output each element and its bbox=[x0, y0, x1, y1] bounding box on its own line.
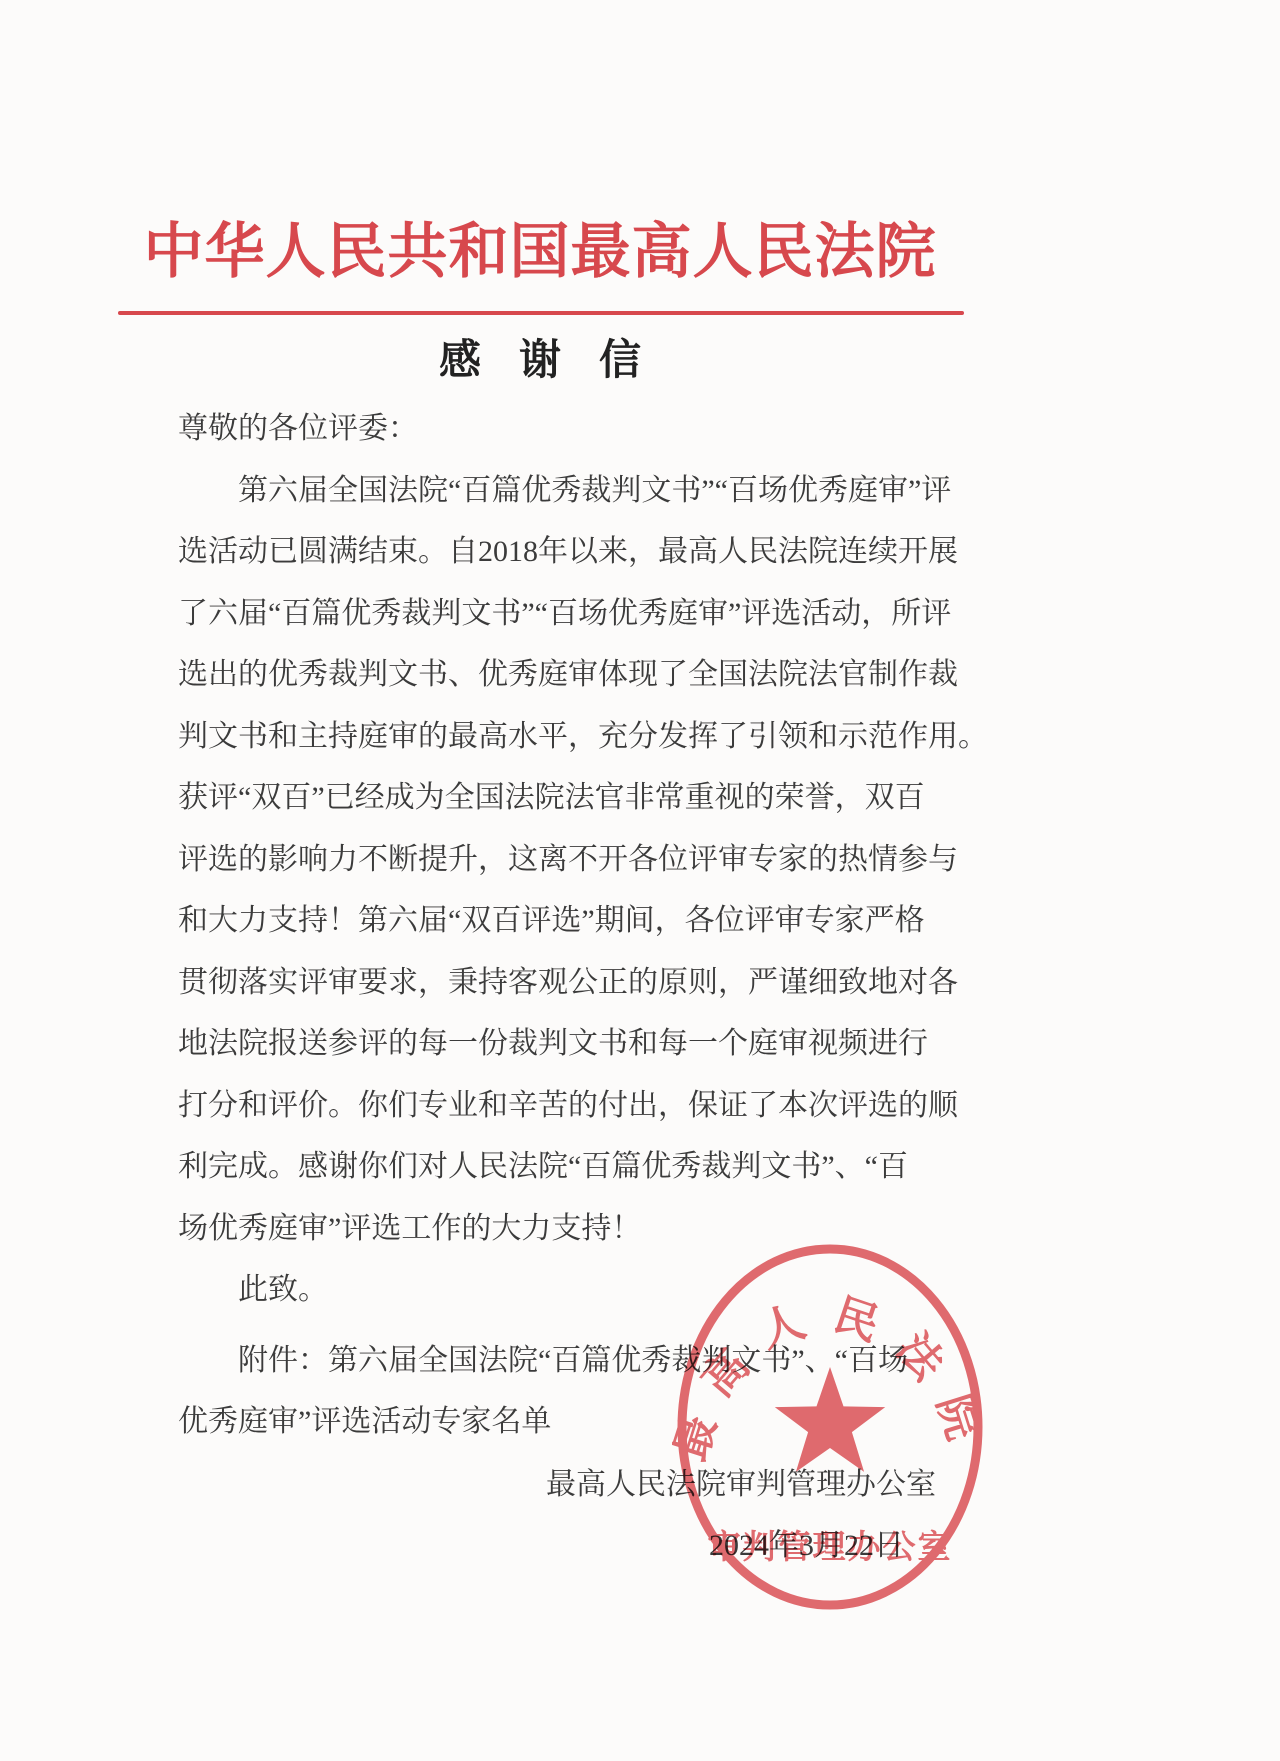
body-line: 贯彻落实评审要求，秉持客观公正的原则，严谨细致地对各 bbox=[178, 952, 948, 1014]
body-line: 场优秀庭审”评选工作的大力支持！ bbox=[178, 1198, 948, 1260]
body-line: 了六届“百篇优秀裁判文书”“百场优秀庭审”评选活动，所评 bbox=[178, 583, 948, 645]
body-line: 和大力支持！第六届“双百评选”期间，各位评审专家严格 bbox=[178, 890, 948, 952]
date-line: 2024年3月22日 bbox=[178, 1515, 948, 1577]
document-title: 感谢信 bbox=[118, 327, 962, 387]
signature-line: 最高人民法院审判管理办公室 bbox=[178, 1454, 948, 1516]
body-line: 选活动已圆满结束。自2018年以来，最高人民法院连续开展 bbox=[178, 521, 948, 583]
body-line: 选出的优秀裁判文书、优秀庭审体现了全国法院法官制作裁 bbox=[178, 644, 948, 706]
closing-line: 此致。 bbox=[178, 1259, 948, 1321]
body-line: 利完成。感谢你们对人民法院“百篇优秀裁判文书”、“百 bbox=[178, 1136, 948, 1198]
body-line: 地法院报送参评的每一份裁判文书和每一个庭审视频进行 bbox=[178, 1013, 948, 1075]
salutation: 尊敬的各位评委： bbox=[178, 398, 948, 460]
body-line: 评选的影响力不断提升，这离不开各位评审专家的热情参与 bbox=[178, 829, 948, 891]
body-line: 第六届全国法院“百篇优秀裁判文书”“百场优秀庭审”评 bbox=[178, 460, 948, 522]
letterhead-org-title: 中华人民共和国最高人民法院 bbox=[118, 218, 962, 287]
letter-body: 尊敬的各位评委： 第六届全国法院“百篇优秀裁判文书”“百场优秀庭审”评 选活动已… bbox=[178, 398, 948, 1577]
attachment-line: 优秀庭审”评选活动专家名单 bbox=[178, 1391, 948, 1453]
attachment-line: 附件：第六届全国法院“百篇优秀裁判文书”、“百场 bbox=[178, 1330, 948, 1392]
scanned-letter-page: 中华人民共和国最高人民法院 感谢信 尊敬的各位评委： 第六届全国法院“百篇优秀裁… bbox=[0, 0, 1280, 1761]
body-line: 打分和评价。你们专业和辛苦的付出，保证了本次评选的顺 bbox=[178, 1075, 948, 1137]
body-line: 判文书和主持庭审的最高水平，充分发挥了引领和示范作用。 bbox=[178, 706, 948, 768]
letterhead-rule bbox=[118, 311, 964, 315]
body-line: 获评“双百”已经成为全国法院法官非常重视的荣誉，双百 bbox=[178, 767, 948, 829]
attachment-block: 附件：第六届全国法院“百篇优秀裁判文书”、“百场 优秀庭审”评选活动专家名单 bbox=[178, 1330, 948, 1453]
